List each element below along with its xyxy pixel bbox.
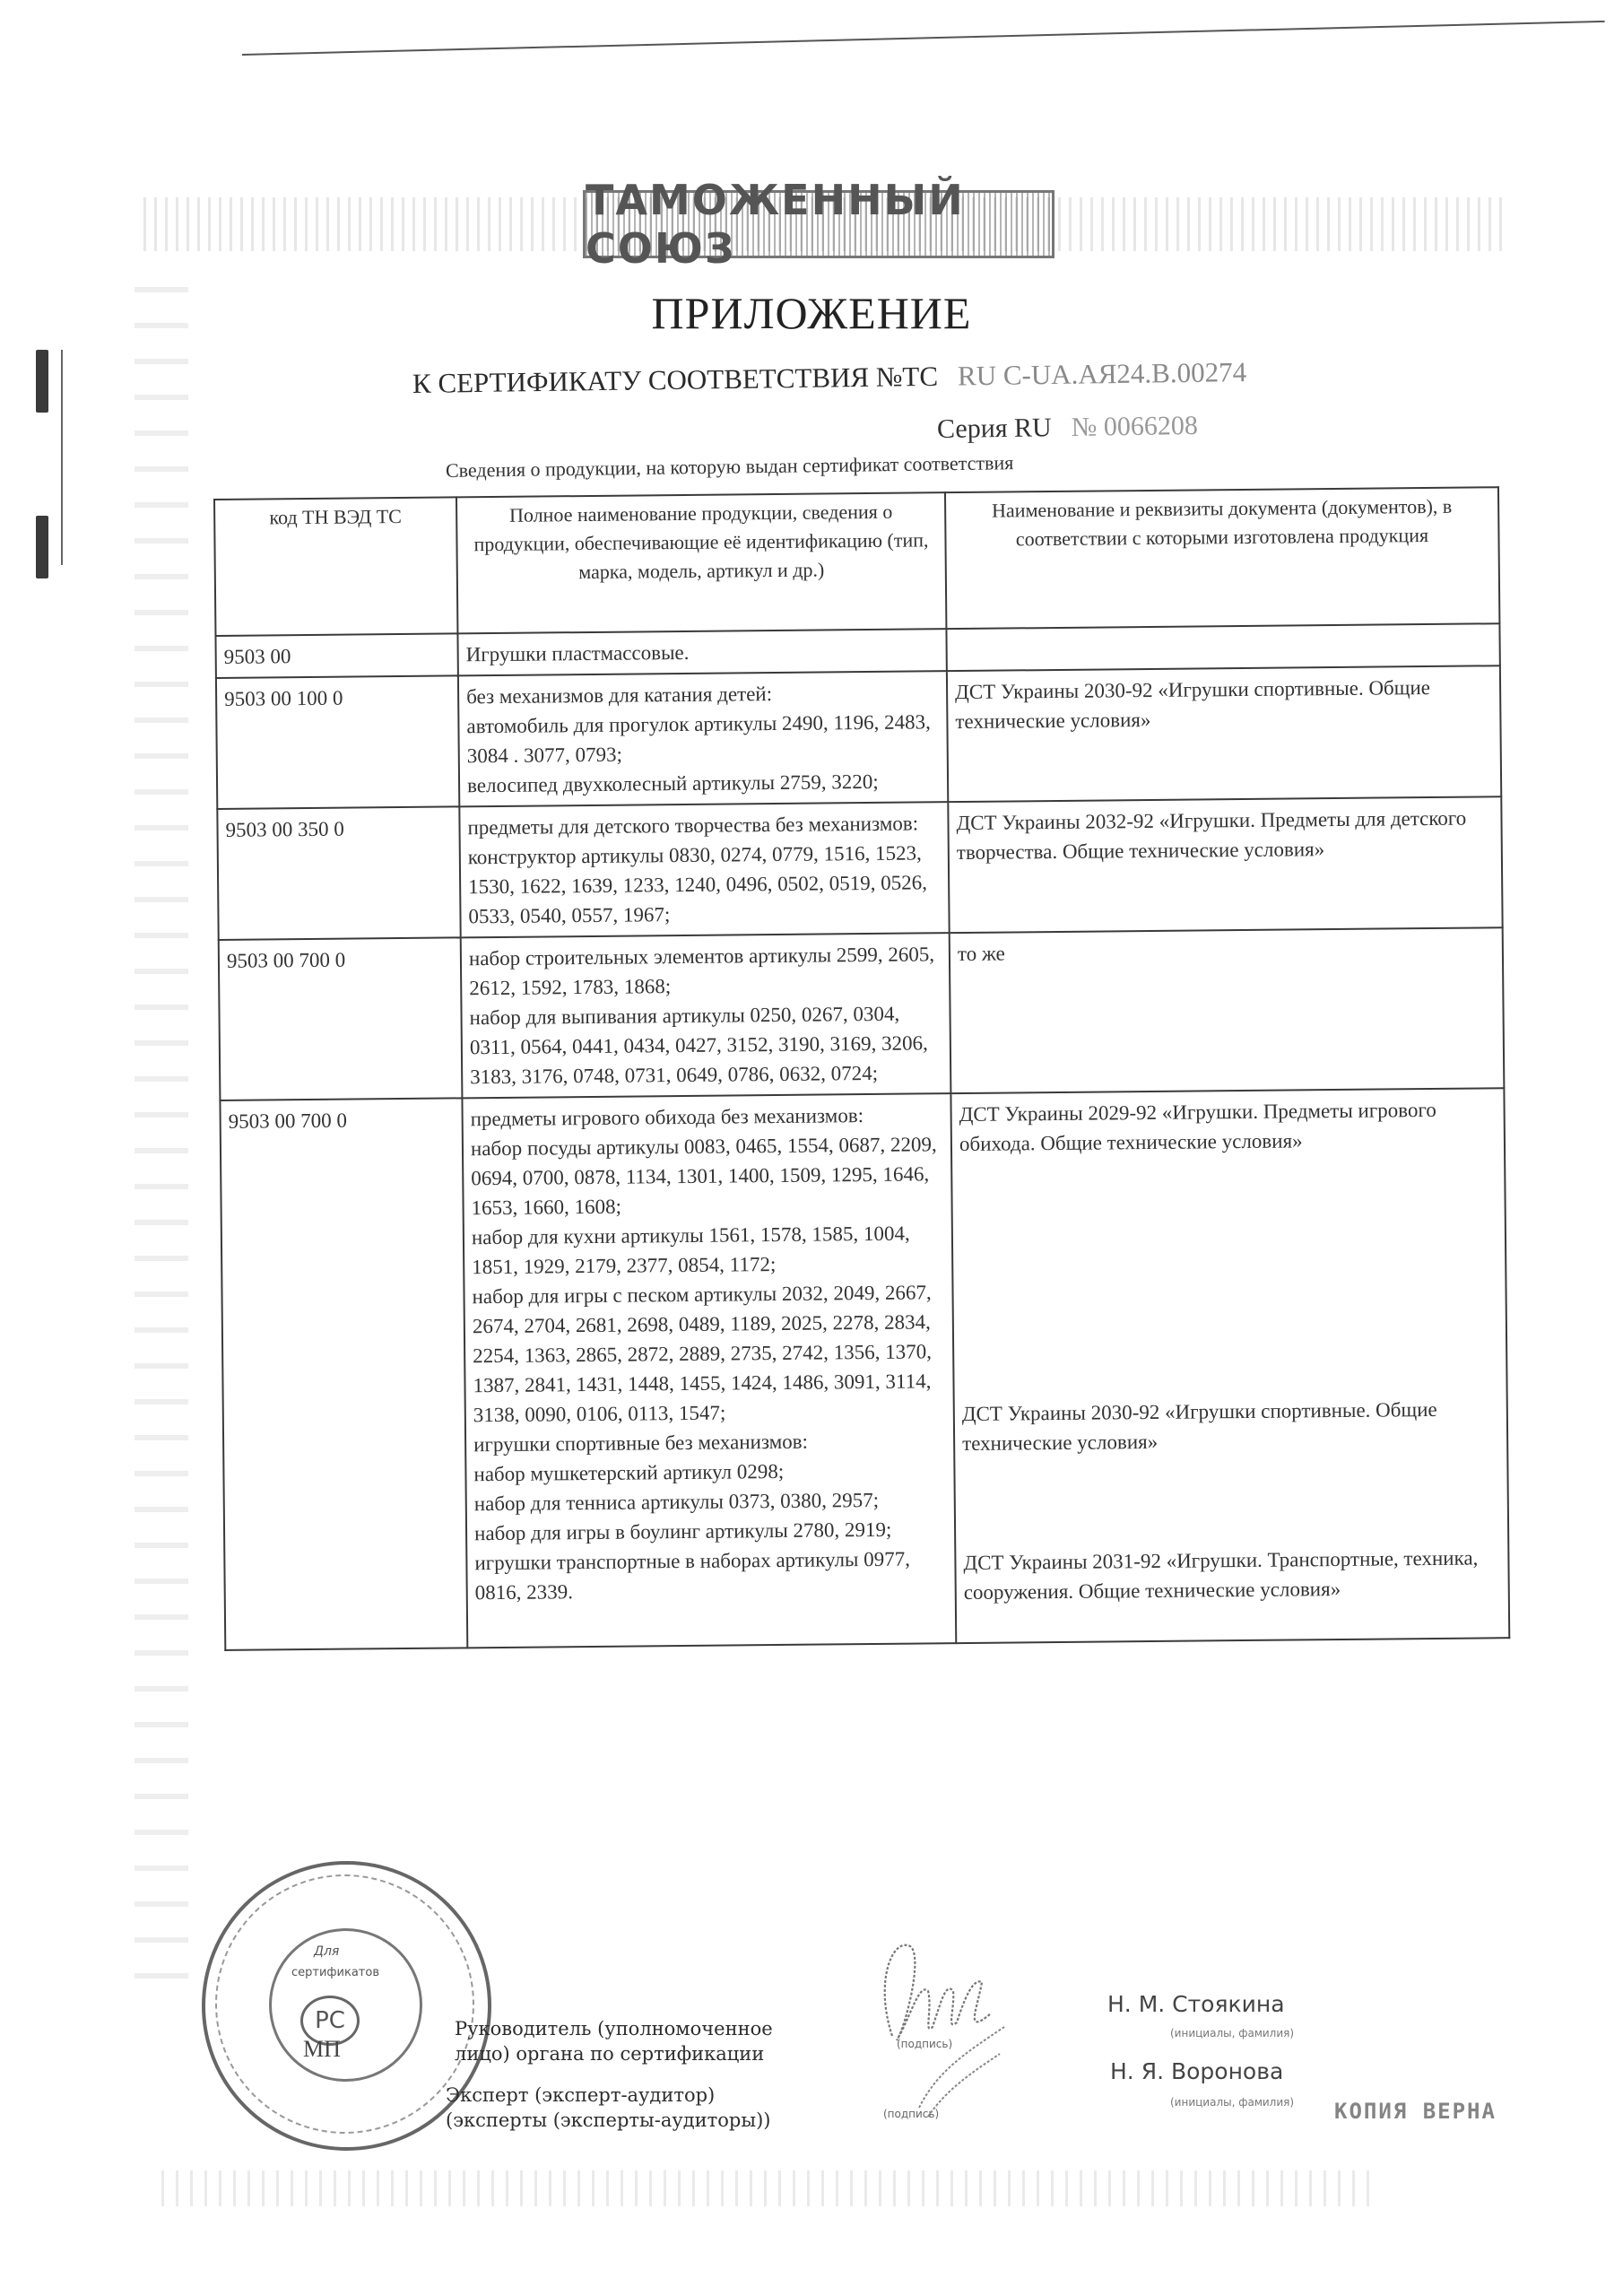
stamp-text: сертификатов — [291, 1966, 379, 1979]
header-code: код ТН ВЭД ТС — [214, 497, 457, 636]
spacer — [959, 1153, 1499, 1399]
product-table: код ТН ВЭД ТС Полное наименование продук… — [213, 486, 1508, 1651]
initials-caption: (инициалы, фамилия) — [1170, 2027, 1294, 2039]
product-line: набор для кухни артикулы 1561, 1578, 158… — [472, 1218, 945, 1282]
series-number: № 0066208 — [1071, 411, 1198, 442]
product-line: велосипед двухколесный артикулы 2759, 32… — [467, 766, 940, 800]
initials-caption: (инициалы, фамилия) — [1170, 2096, 1294, 2109]
product-line: предметы для детского творчества без мех… — [467, 808, 940, 842]
table-row: 9503 00 700 0 предметы игрового обихода … — [220, 1088, 1509, 1650]
certificate-label: К СЕРТИФИКАТУ СООТВЕТСТВИЯ №ТС — [412, 361, 939, 399]
table-row: 9503 00 100 0 без механизмов для катания… — [216, 665, 1501, 809]
product-line: набор посуды артикулы 0083, 0465, 1554, … — [471, 1129, 944, 1222]
document-line: то же — [958, 934, 1495, 969]
head-label-line: лицо) органа по сертификации — [455, 2041, 773, 2066]
customs-union-banner: ТАМОЖЕННЫЙ СОЮЗ — [143, 179, 1506, 260]
product-line: набор строительных элементов артикулы 25… — [469, 939, 942, 1003]
cell-document — [946, 623, 1499, 671]
cell-product: предметы игрового обихода без механизмов… — [462, 1093, 956, 1648]
product-line: набор мушкетерский артикул 0298; — [473, 1455, 946, 1489]
cell-code: 9503 00 700 0 — [220, 1098, 467, 1650]
scan-edge-mark — [36, 516, 48, 578]
cell-product: без механизмов для катания детей: автомо… — [458, 671, 948, 806]
certificate-number: RU C-UA.АЯ24.В.00274 — [958, 356, 1247, 391]
expert-label: Эксперт (эксперт-аудитор) (эксперты (экс… — [446, 2083, 770, 2133]
document-line: ДСТ Украины 2029-92 «Игрушки. Предметы и… — [959, 1094, 1497, 1159]
handwritten-signature-icon — [856, 1928, 1009, 2135]
stamp-text: Для — [314, 1944, 339, 1959]
banner-text: ТАМОЖЕННЫЙ СОЮЗ — [583, 190, 1055, 258]
table-row: 9503 00 350 0 предметы для детского твор… — [217, 796, 1502, 940]
copy-verified-stamp: КОПИЯ ВЕРНА — [1334, 2099, 1497, 2124]
product-line: набор для игры с песком артикулы 2032, 2… — [472, 1277, 946, 1430]
cell-code: 9503 00 700 0 — [219, 937, 463, 1100]
product-line: конструктор артикулы 0830, 0274, 0779, 1… — [468, 838, 942, 931]
product-line: набор для игры в боулинг артикулы 2780, … — [474, 1514, 947, 1548]
cell-document: ДСТ Украины 2032-92 «Игрушки. Предметы д… — [948, 796, 1502, 933]
series-label: Серия RU — [937, 413, 1052, 444]
document-line: ДСТ Украины 2032-92 «Игрушки. Предметы д… — [956, 803, 1494, 867]
product-line: игрушки транспортные в наборах артикулы … — [474, 1544, 948, 1607]
header-product: Полное наименование продукции, сведения … — [456, 492, 946, 633]
product-line: предметы игрового обихода без механизмов… — [470, 1100, 942, 1134]
cell-product: предметы для детского творчества без мех… — [459, 802, 949, 937]
cell-code: 9503 00 100 0 — [216, 675, 459, 809]
cell-document: то же — [950, 927, 1505, 1093]
head-label-line: Руководитель (уполномоченное — [455, 2016, 773, 2041]
scan-noise — [161, 2170, 1372, 2206]
spacer — [962, 1453, 1500, 1548]
product-line: автомобиль для прогулок артикулы 2490, 1… — [466, 707, 940, 770]
page-title: ПРИЛОЖЕНИЕ — [0, 287, 1623, 339]
head-name: Н. М. Стоякина — [1107, 1991, 1285, 2017]
mp-label: МП — [303, 2036, 341, 2063]
scan-edge-line — [61, 350, 63, 565]
product-line: набор для выпивания артикулы 0250, 0267,… — [469, 998, 942, 1091]
head-label: Руководитель (уполномоченное лицо) орган… — [455, 2016, 773, 2066]
product-line: Игрушки пластмассовые. — [466, 635, 939, 669]
table-caption: Сведения о продукции, на которую выдан с… — [446, 451, 1014, 483]
document-line: ДСТ Украины 2030-92 «Игрушки спортивные.… — [955, 672, 1493, 736]
scan-top-rule — [242, 21, 1605, 56]
expert-label-line: (эксперты (эксперты-аудиторы)) — [446, 2108, 770, 2133]
scan-noise — [135, 287, 188, 1991]
signature-caption: (подпись) — [897, 2038, 952, 2050]
cell-code: 9503 00 — [215, 633, 457, 678]
certificate-line: К СЕРТИФИКАТУ СООТВЕТСТВИЯ №ТСRU C-UA.АЯ… — [412, 356, 1247, 400]
cell-code: 9503 00 350 0 — [217, 806, 460, 940]
cell-document: ДСТ Украины 2029-92 «Игрушки. Предметы и… — [950, 1088, 1509, 1643]
series-line: Серия RU№ 0066208 — [937, 411, 1198, 445]
signature-caption: (подпись) — [883, 2108, 939, 2120]
expert-label-line: Эксперт (эксперт-аудитор) — [446, 2083, 770, 2108]
product-line: набор для тенниса артикулы 0373, 0380, 2… — [474, 1484, 947, 1518]
header-document: Наименование и реквизиты документа (доку… — [945, 487, 1499, 629]
document-line: ДСТ Украины 2030-92 «Игрушки спортивные.… — [962, 1394, 1500, 1458]
document-line: ДСТ Украины 2031-92 «Игрушки. Транспортн… — [963, 1543, 1501, 1607]
cell-product: Игрушки пластмассовые. — [457, 629, 946, 675]
scan-edge-mark — [36, 350, 48, 413]
table-header-row: код ТН ВЭД ТС Полное наименование продук… — [214, 487, 1499, 636]
cell-product: набор строительных элементов артикулы 25… — [461, 933, 951, 1098]
table-row: 9503 00 700 0 набор строительных элемент… — [219, 927, 1505, 1100]
product-line: игрушки спортивные без механизмов: — [473, 1425, 946, 1459]
expert-name: Н. Я. Воронова — [1110, 2058, 1283, 2084]
product-line: без механизмов для катания детей: — [466, 677, 939, 711]
cell-document: ДСТ Украины 2030-92 «Игрушки спортивные.… — [947, 665, 1501, 802]
